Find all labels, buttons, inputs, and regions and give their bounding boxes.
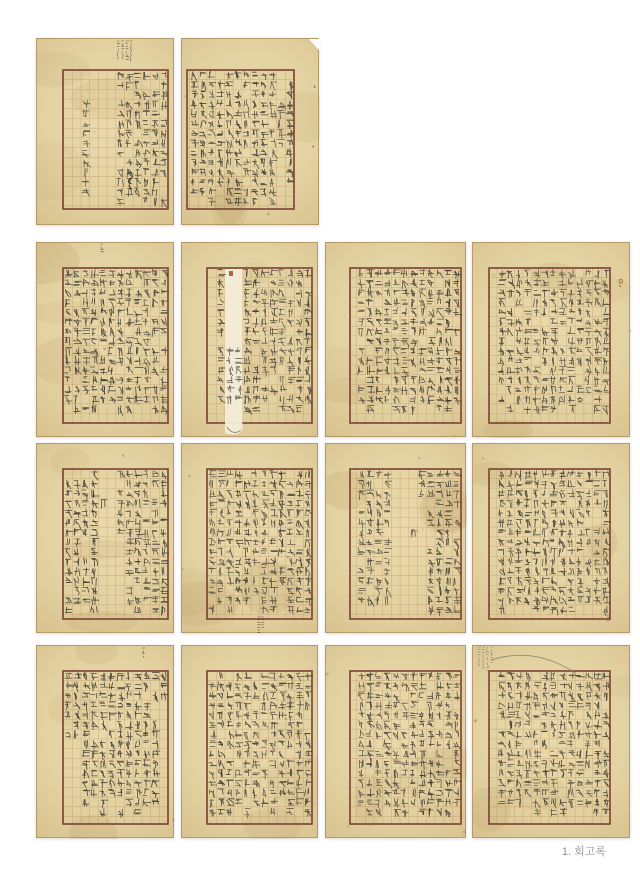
page-scan-graphic [37, 646, 175, 839]
page-scan-graphic [182, 444, 319, 634]
page-scan-graphic [473, 444, 631, 634]
manuscript-page [181, 443, 318, 633]
manuscript-page [325, 645, 466, 838]
manuscript-page [36, 645, 174, 838]
page-scan-graphic [182, 243, 319, 438]
manuscript-page [181, 38, 319, 225]
manuscript-pages [0, 0, 640, 877]
page-scan-graphic [473, 243, 631, 438]
page-scan-graphic [473, 646, 631, 839]
manuscript-page [181, 242, 318, 437]
page-scan-graphic [326, 243, 467, 438]
page-scan-graphic [326, 444, 467, 634]
page-scan-graphic [37, 39, 175, 226]
figure-caption: 1. 회고록 [562, 845, 606, 859]
scan-sheet: 1. 회고록 [0, 0, 640, 877]
manuscript-page [472, 443, 630, 633]
manuscript-page [36, 38, 174, 225]
page-scan-graphic [182, 646, 319, 839]
manuscript-page [36, 443, 174, 633]
page-scan-graphic [182, 39, 320, 226]
page-scan-graphic [37, 444, 175, 634]
manuscript-page [472, 645, 630, 838]
manuscript-page [325, 443, 466, 633]
manuscript-page [36, 242, 174, 437]
manuscript-page [472, 242, 630, 437]
page-scan-graphic [37, 243, 175, 438]
manuscript-page [325, 242, 466, 437]
manuscript-page [181, 645, 318, 838]
page-scan-graphic [326, 646, 467, 839]
